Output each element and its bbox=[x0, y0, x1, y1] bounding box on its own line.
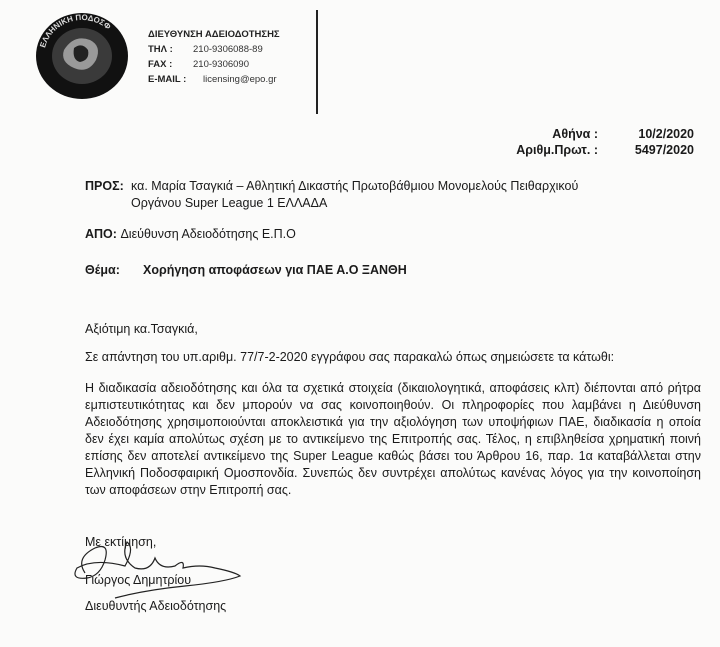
fax-value: 210-9306090 bbox=[193, 57, 249, 72]
intro-line: Σε απάντηση του υπ.αριθμ. 77/7-2-2020 εγ… bbox=[85, 349, 614, 366]
protocol-label: Αριθμ.Πρωτ. : bbox=[438, 142, 598, 158]
email-value: licensing@epo.gr bbox=[203, 72, 277, 87]
recipient-line-2: Οργάνου Super League 1 ΕΛΛΑΔΑ bbox=[85, 195, 715, 212]
recipient: ΠΡΟΣ:κα. Μαρία Τσαγκιά – Αθλητική Δικαστ… bbox=[85, 178, 715, 212]
subject-label: Θέμα: bbox=[85, 262, 143, 279]
epo-seal-logo-icon: ΕΛΛΗΝΙΚΗ ΠΟΔΟΣΦ bbox=[30, 10, 134, 102]
body-paragraph: Η διαδικασία αδειοδότησης και όλα τα σχε… bbox=[85, 380, 701, 499]
protocol-number: 5497/2020 bbox=[598, 142, 694, 158]
letter-meta: Αθήνα : 10/2/2020 Αριθμ.Πρωτ. : 5497/202… bbox=[438, 126, 694, 158]
recipient-label: ΠΡΟΣ: bbox=[85, 178, 131, 195]
email-label: E-MAIL : bbox=[148, 72, 203, 87]
place-label: Αθήνα : bbox=[438, 126, 598, 142]
letter-date: 10/2/2020 bbox=[598, 126, 694, 142]
sender-label: ΑΠΟ: bbox=[85, 227, 117, 241]
letterhead: ΔΙΕΥΘΥΝΣΗ ΑΔΕΙΟΔΟΤΗΣΗΣ ΤΗΛ : 210-9306088… bbox=[148, 27, 280, 87]
signer-title: Διευθυντής Αδειοδότησης bbox=[85, 598, 226, 615]
signer-name: Γιώργος Δημητρίου bbox=[85, 572, 191, 589]
department-name: ΔΙΕΥΘΥΝΣΗ ΑΔΕΙΟΔΟΤΗΣΗΣ bbox=[148, 27, 280, 42]
fax-label: FAX : bbox=[148, 57, 193, 72]
header-divider bbox=[316, 10, 318, 114]
phone-value: 210-9306088-89 bbox=[193, 42, 263, 57]
subject: Θέμα:Χορήγηση αποφάσεων για ΠΑΕ Α.Ο ΞΑΝΘ… bbox=[85, 262, 407, 279]
phone-label: ΤΗΛ : bbox=[148, 42, 193, 57]
sender-text: Διεύθυνση Αδειοδότησης Ε.Π.Ο bbox=[120, 227, 295, 241]
sender: ΑΠΟ: Διεύθυνση Αδειοδότησης Ε.Π.Ο bbox=[85, 226, 296, 243]
greeting: Αξιότιμη κα.Τσαγκιά, bbox=[85, 321, 198, 338]
recipient-line-1: κα. Μαρία Τσαγκιά – Αθλητική Δικαστής Πρ… bbox=[131, 179, 578, 193]
subject-text: Χορήγηση αποφάσεων για ΠΑΕ Α.Ο ΞΑΝΘΗ bbox=[143, 263, 407, 277]
letter-page: ΕΛΛΗΝΙΚΗ ΠΟΔΟΣΦ ΔΙΕΥΘΥΝΣΗ ΑΔΕΙΟΔΟΤΗΣΗΣ Τ… bbox=[0, 0, 720, 647]
